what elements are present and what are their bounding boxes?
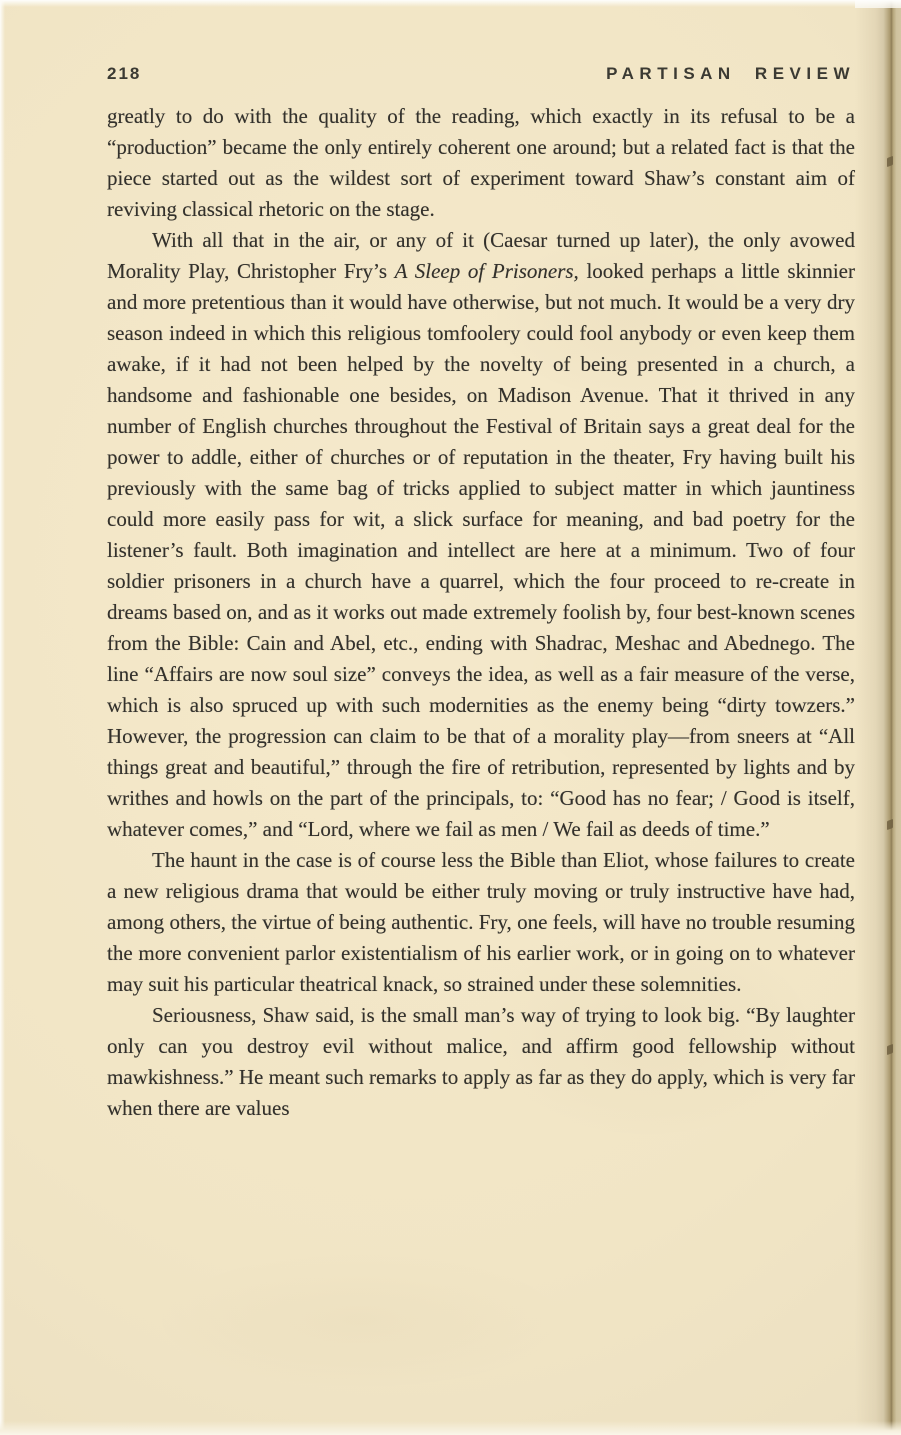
journal-title: PARTISAN REVIEW [606,64,855,84]
article-body: greatly to do with the quality of the re… [107,101,855,1124]
running-head: 218 PARTISAN REVIEW [107,64,855,84]
paragraph: Seriousness, Shaw said, is the small man… [107,1000,855,1124]
page-number: 218 [107,64,141,84]
paragraph-text: Seriousness, Shaw said, is the small man… [107,1003,855,1120]
paragraph-text: The haunt in the case is of course less … [107,848,855,996]
paragraph: With all that in the air, or any of it (… [107,225,855,845]
scan-edge-top [0,0,901,7]
paragraph-text: greatly to do with the quality of the re… [107,104,855,221]
scanned-book-page: 218 PARTISAN REVIEW greatly to do with t… [0,0,901,1435]
paragraph: The haunt in the case is of course less … [107,845,855,1000]
scan-edge-left [0,0,5,1435]
page-content: 218 PARTISAN REVIEW greatly to do with t… [107,64,855,1124]
italic-play-title: A Sleep of Prisoners, [395,259,579,283]
scan-edge-bottom [0,1421,901,1435]
paragraph-text: looked perhaps a little skinnier and mor… [107,259,855,841]
paragraph-continuation: greatly to do with the quality of the re… [107,101,855,225]
page-curl-shadow [855,0,901,1435]
